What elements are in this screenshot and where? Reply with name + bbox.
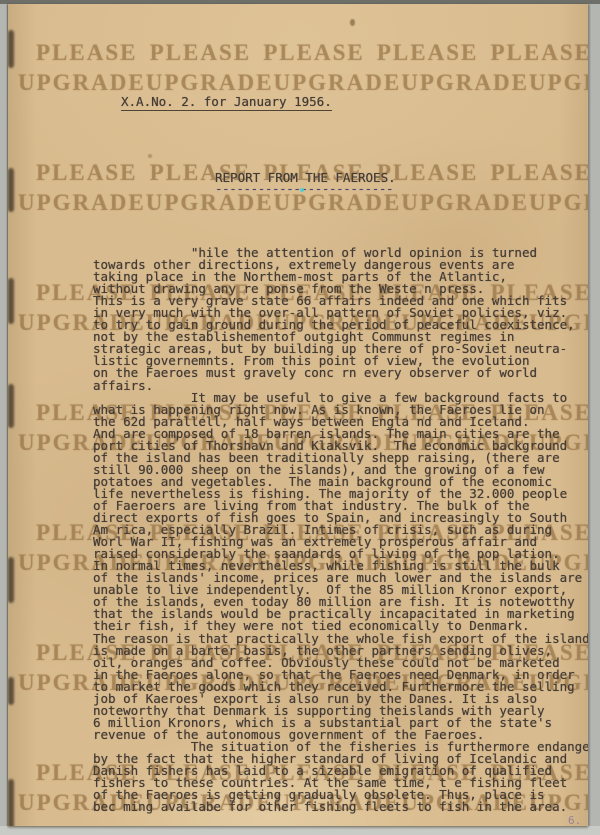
paper-stain [350,19,355,26]
watermark-word: PLEASE [36,160,137,186]
scanned-document-page: PLEASEPLEASEPLEASEPLEASEPLEASEUPGRADEUPG… [0,0,600,835]
page-mark: 6. [568,814,581,826]
watermark-word: PLEASE [150,40,251,66]
typewritten-body: "hile the attention of world opinion is … [93,247,588,822]
watermark-word: PLEASE [36,40,137,66]
watermark-word: UPGRADE [401,190,529,216]
title-dashed-underline: ------------------------- [215,181,393,196]
left-edge-shadow [8,557,14,603]
body-line: bec ming availabe for other fishing flee… [93,801,588,813]
watermark-row: PLEASEPLEASEPLEASEPLEASEPLEASE [36,40,588,66]
watermark-row: UPGRADEUPGRADEUPGRADEUPGRADEUPGRADE [18,70,588,96]
left-edge-shadow [8,384,14,428]
doc-number: X.A.No. 2. for January 1956. [121,94,332,111]
left-edge-shadow [8,168,14,212]
watermark-word: UPGRADE [401,70,529,96]
watermark-word: UPGRADE [18,190,146,216]
left-edge-shadow [8,30,14,68]
watermark-word: PLEASE [377,40,478,66]
left-edge-shadow [8,677,14,705]
watermark-word: UPGRADE [529,70,588,96]
left-edge-shadow [8,278,14,324]
watermark-word: UPGRADE [18,70,146,96]
watermark-word: PLEASE [263,40,364,66]
paper-stain [148,154,152,158]
paper-sheet: PLEASEPLEASEPLEASEPLEASEPLEASEUPGRADEUPG… [8,4,588,826]
left-edge-shadow [8,779,14,826]
watermark-word: UPGRADE [146,70,274,96]
cyan-speck [300,188,304,192]
watermark-word: PLEASE [491,160,589,186]
watermark-word: PLEASE [491,40,589,66]
watermark-word: UPGRADE [529,190,588,216]
watermark-word: UPGRADE [273,70,401,96]
body-line: on the Faeroes must gravely conc rn ever… [93,367,588,379]
